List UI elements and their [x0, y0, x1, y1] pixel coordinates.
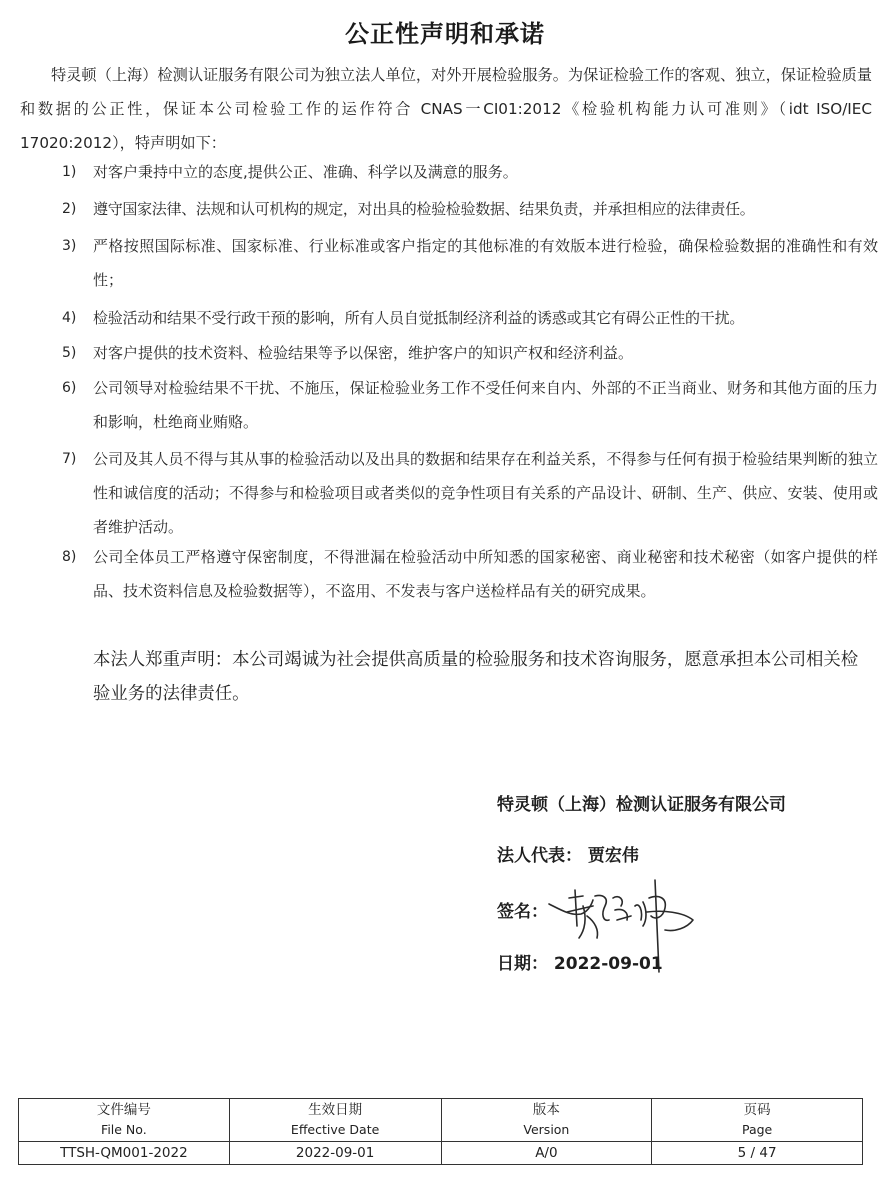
date-value: 2022-09-01 [554, 954, 663, 974]
item-number: 4) [62, 301, 88, 335]
item-number: 6) [62, 371, 88, 405]
page-value: 5 / 47 [652, 1142, 863, 1165]
table-header-row: 文件编号 File No. 生效日期 Effective Date 版本 Ver… [19, 1099, 863, 1142]
signature-date: 日期： 2022-09-01 [497, 949, 663, 974]
item-text: 严格按照国际标准、国家标准、行业标准或客户指定的其他标准的有效版本进行检验，确保… [93, 229, 878, 297]
legal-rep-label: 法人代表： [497, 846, 582, 866]
item-number: 7) [62, 442, 88, 476]
signature-line: 签名： [497, 897, 548, 922]
item-text: 公司及其人员不得与其从事的检验活动以及出具的数据和结果存在利益关系，不得参与任何… [93, 442, 878, 544]
signature-label: 签名： [497, 902, 548, 922]
document-title: 公正性声明和承诺 [0, 14, 890, 49]
header-effective-date: 生效日期 Effective Date [229, 1099, 441, 1142]
header-page: 页码 Page [652, 1099, 863, 1142]
item-text: 公司全体员工严格遵守保密制度，不得泄漏在检验活动中所知悉的国家秘密、商业秘密和技… [93, 540, 878, 608]
legal-declaration: 本法人郑重声明：本公司竭诚为社会提供高质量的检验服务和技术咨询服务，愿意承担本公… [93, 643, 873, 711]
item-text: 公司领导对检验结果不干扰、不施压，保证检验业务工作不受任何来自内、外部的不正当商… [93, 371, 878, 439]
table-row: TTSH-QM001-2022 2022-09-01 A/0 5 / 47 [19, 1142, 863, 1165]
item-number: 1) [62, 155, 88, 189]
date-label: 日期： [497, 954, 548, 974]
effective-date-value: 2022-09-01 [229, 1142, 441, 1165]
item-number: 8) [62, 540, 88, 574]
company-name: 特灵顿（上海）检测认证服务有限公司 [497, 790, 786, 815]
intro-paragraph: 特灵顿（上海）检测认证服务有限公司为独立法人单位，对外开展检验服务。为保证检验工… [20, 58, 872, 160]
file-no-value: TTSH-QM001-2022 [19, 1142, 230, 1165]
version-value: A/0 [441, 1142, 652, 1165]
item-number: 5) [62, 336, 88, 370]
legal-representative: 法人代表： 贾宏伟 [497, 841, 639, 866]
header-version: 版本 Version [441, 1099, 652, 1142]
document-control-table: 文件编号 File No. 生效日期 Effective Date 版本 Ver… [18, 1098, 863, 1165]
item-number: 3) [62, 229, 88, 263]
header-file-no: 文件编号 File No. [19, 1099, 230, 1142]
item-text: 检验活动和结果不受行政干预的影响，所有人员自觉抵制经济利益的诱惑或其它有碍公正性… [93, 301, 878, 335]
legal-rep-name: 贾宏伟 [588, 846, 639, 866]
item-text: 对客户提供的技术资料、检验结果等予以保密，维护客户的知识产权和经济利益。 [93, 336, 878, 370]
item-number: 2) [62, 192, 88, 226]
item-text: 对客户秉持中立的态度,提供公正、准确、科学以及满意的服务。 [93, 155, 878, 189]
item-text: 遵守国家法律、法规和认可机构的规定，对出具的检验检验数据、结果负责，并承担相应的… [93, 192, 878, 226]
